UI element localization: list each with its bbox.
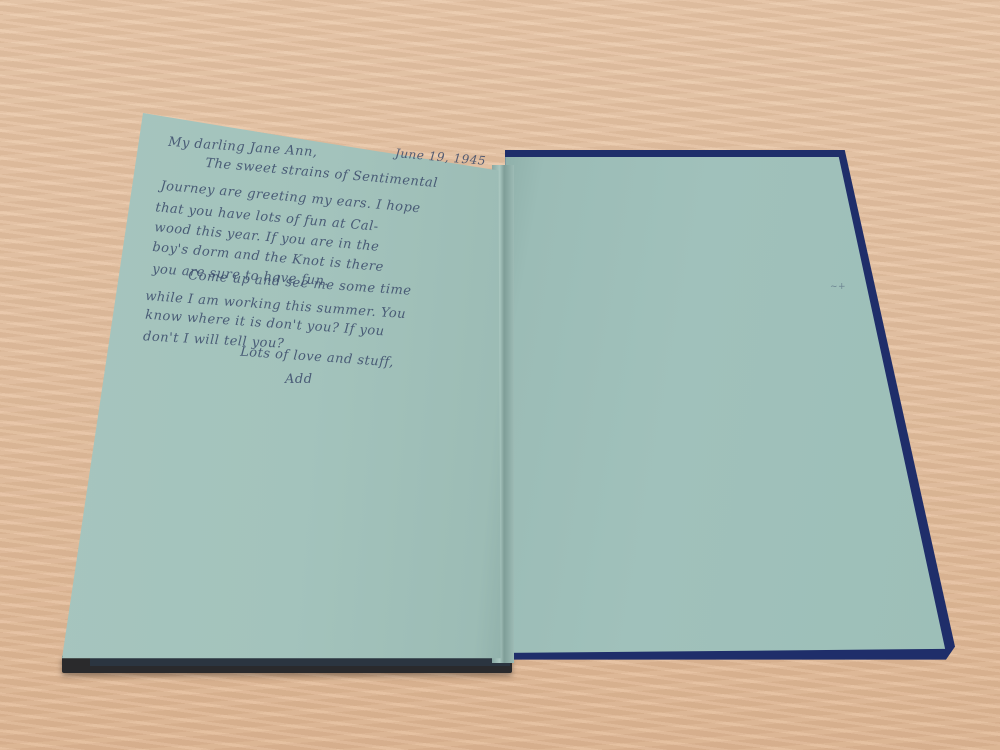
- date: June 19, 1945: [395, 146, 487, 168]
- closing: Lots of love and stuff,: [240, 345, 395, 371]
- salutation: My darling Jane Ann,: [168, 135, 318, 160]
- pencil-mark: ~+: [830, 282, 846, 292]
- signature: Add: [285, 372, 313, 387]
- handwritten-inscription: My darling Jane Ann, June 19, 1945 The s…: [0, 0, 1000, 750]
